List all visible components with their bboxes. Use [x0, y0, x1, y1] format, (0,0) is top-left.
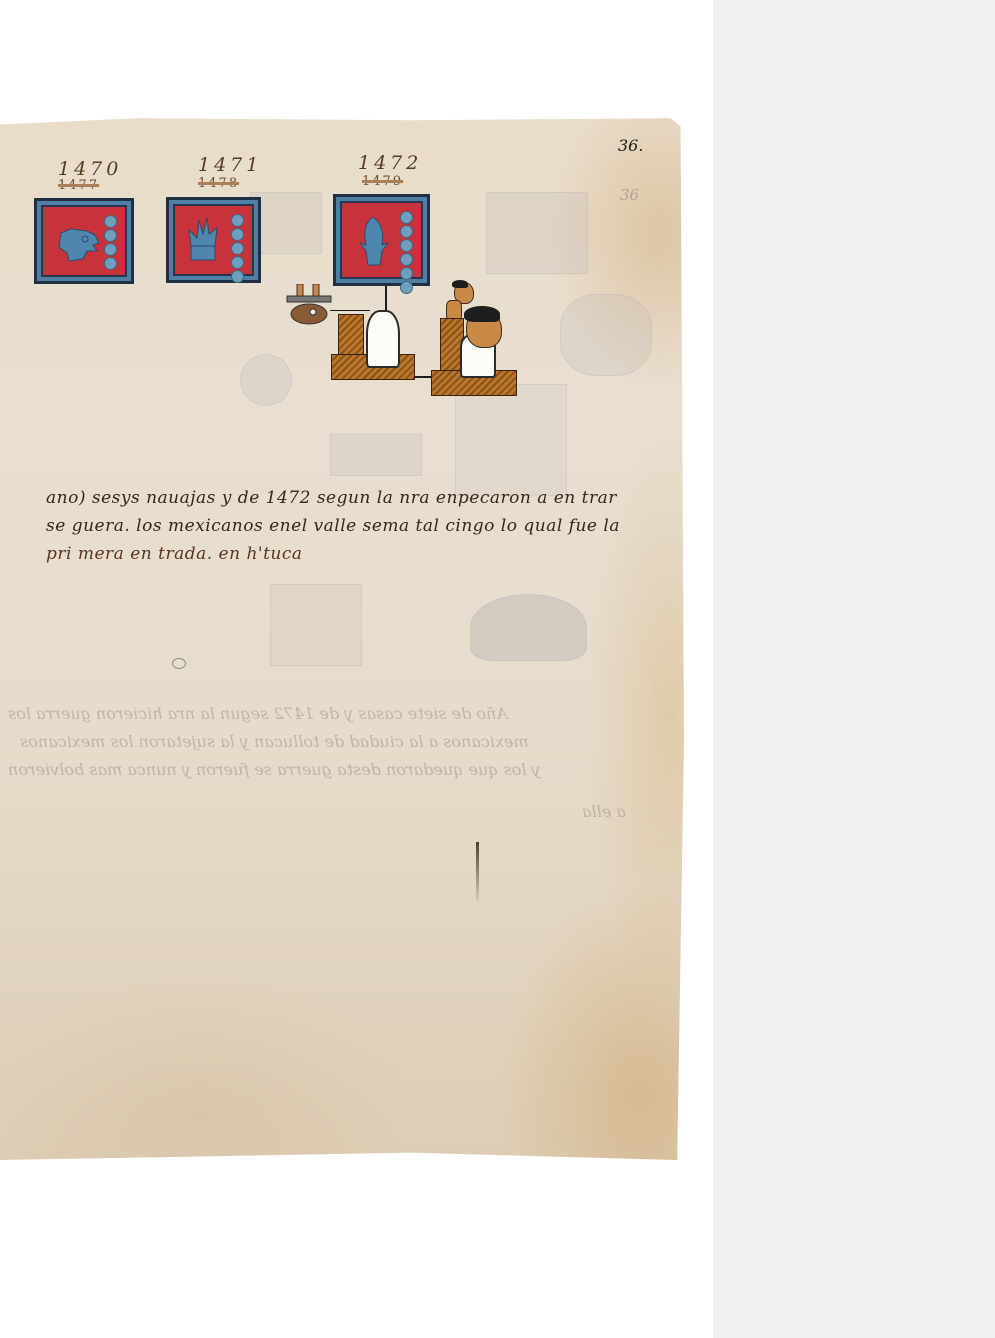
- bleed-through-sun-figure: [240, 354, 292, 406]
- seated-figure-bundle: [366, 310, 400, 368]
- bleed-through-figure: [330, 434, 422, 476]
- bleed-through-warrior: [270, 584, 362, 666]
- gloss-line-3: pri mera en trada. en h'tuca: [46, 544, 303, 564]
- year-struck-1477: 1477: [58, 178, 99, 193]
- folio-number-ink: 36.: [618, 136, 643, 155]
- right-side-panel: [713, 0, 995, 1338]
- bleed-through-line-1: Año de siete casas y de 1472 segun la nr…: [8, 704, 508, 723]
- day-count-dots: [231, 214, 244, 283]
- day-count-dots: [400, 211, 413, 294]
- bleed-through-temple: [455, 384, 567, 496]
- flint-knife-icon: [356, 215, 390, 269]
- year-struck-1479: 1479: [362, 174, 403, 189]
- folio-number-pencil: 36: [620, 186, 639, 204]
- year-label-1472: 1472: [358, 152, 422, 174]
- year-glyph-1470: [34, 198, 134, 284]
- shield-connector-line: [330, 310, 370, 311]
- captive-hair: [452, 280, 468, 288]
- war-shield-icon: [285, 284, 335, 334]
- year-label-1471: 1471: [198, 154, 262, 176]
- gloss-line-2: se guera. los mexicanos enel valle sema …: [46, 516, 620, 536]
- bleed-through-line-4: a ella: [582, 802, 626, 821]
- bleed-through-line-2: mexicanos a la ciudad de tollucan y la s…: [20, 732, 529, 751]
- year-struck-1478: 1478: [198, 176, 239, 191]
- gloss-line-1: ano) sesys nauajas y de 1472 segun la nr…: [46, 488, 617, 508]
- day-count-dots: [104, 215, 117, 270]
- manuscript-folio: 36. 36 1470 1477 1471 1478 1472: [0, 114, 684, 1160]
- bleed-through-mound: [470, 594, 587, 661]
- bleed-through-figure: [560, 294, 652, 376]
- seat-connector-line: [412, 376, 432, 378]
- ink-blot: [172, 658, 186, 669]
- year-glyph-1472: [333, 194, 430, 286]
- year-glyph-1471: [166, 197, 261, 283]
- lizard-head-icon: [57, 225, 101, 265]
- reed-plant-icon: [185, 216, 221, 262]
- bleed-through-line-3: y los que quedaron desta guerra se fuero…: [8, 760, 541, 779]
- year-label-1470: 1470: [58, 158, 122, 180]
- bleed-through-glyph-box: [486, 192, 588, 274]
- ink-streak: [476, 842, 479, 902]
- ruler-hair: [464, 306, 500, 322]
